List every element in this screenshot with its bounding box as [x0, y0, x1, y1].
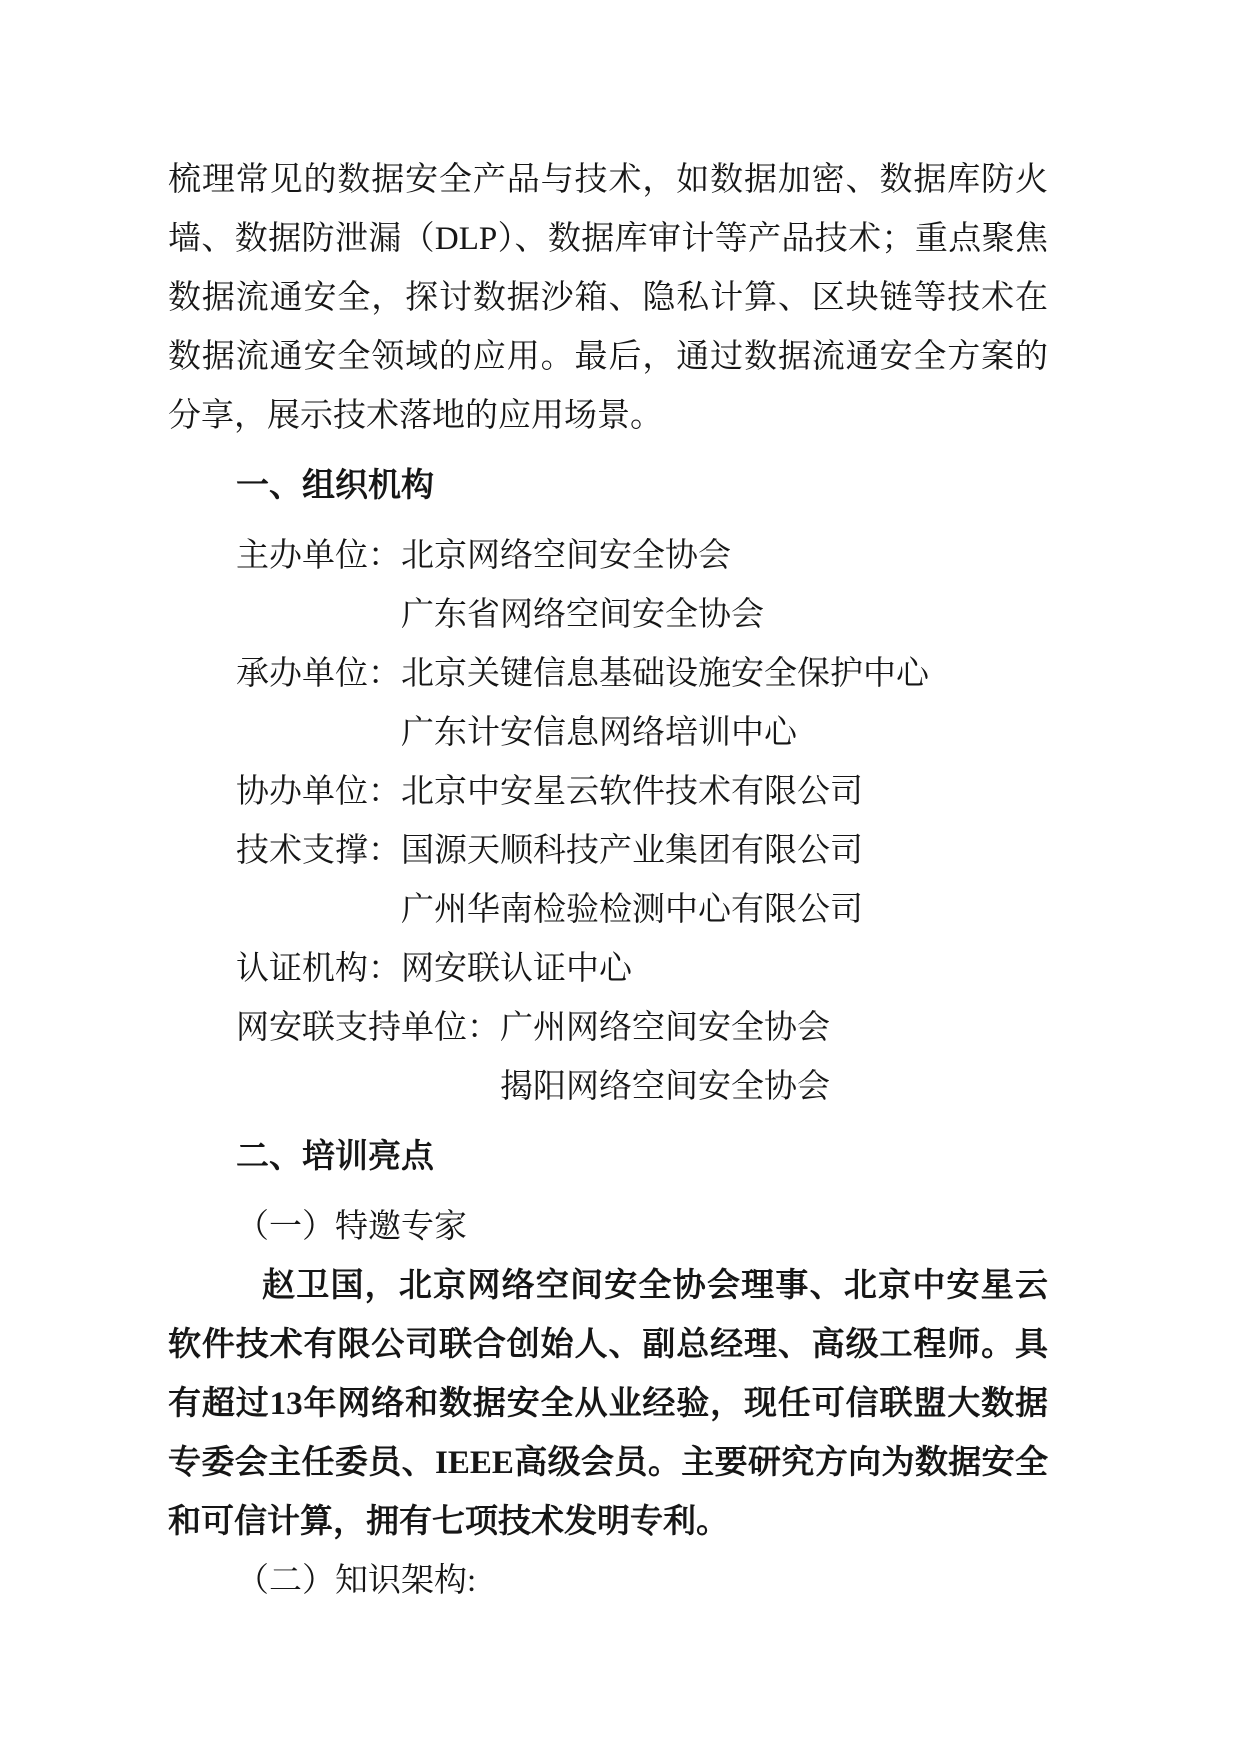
expert-bio-line: 有超过13年网络和数据安全从业经验，现任可信联盟大数据	[168, 1375, 1048, 1434]
section-1-heading: 一、组织机构	[168, 457, 1048, 516]
text-line: 数据流通安全，探讨数据沙箱、隐私计算、区块链等技术在	[168, 269, 1048, 328]
org-line-tech-support-2: 广州华南检验检测中心有限公司	[168, 881, 1048, 940]
org-line-certification: 认证机构：网安联认证中心	[168, 940, 1048, 999]
text-line: 墙、数据防泄漏（DLP）、数据库审计等产品技术；重点聚焦	[168, 210, 1048, 269]
section-2-heading: 二、培训亮点	[168, 1128, 1048, 1187]
expert-bio-line: 赵卫国，北京网络空间安全协会理事、北京中安星云	[168, 1257, 1048, 1316]
subsection-heading-knowledge: （二）知识架构:	[168, 1552, 1048, 1611]
org-line-organizer-1: 承办单位：北京关键信息基础设施安全保护中心	[168, 645, 1048, 704]
org-line-supporter-1: 网安联支持单位：广州网络空间安全协会	[168, 999, 1048, 1058]
text-line: 数据流通安全领域的应用。最后，通过数据流通安全方案的	[168, 328, 1048, 387]
org-line-host-1: 主办单位：北京网络空间安全协会	[168, 527, 1048, 586]
expert-bio-line: 专委会主任委员、IEEE高级会员。主要研究方向为数据安全	[168, 1434, 1048, 1493]
org-line-organizer-2: 广东计安信息网络培训中心	[168, 704, 1048, 763]
document-page: 梳理常见的数据安全产品与技术，如数据加密、数据库防火 墙、数据防泄漏（DLP）、…	[0, 0, 1240, 1754]
org-line-host-2: 广东省网络空间安全协会	[168, 586, 1048, 645]
expert-bio-line: 软件技术有限公司联合创始人、副总经理、高级工程师。具	[168, 1316, 1048, 1375]
subsection-heading-expert: （一）特邀专家	[168, 1198, 1048, 1257]
org-line-supporter-2: 揭阳网络空间安全协会	[168, 1058, 1048, 1117]
expert-bio-line: 和可信计算，拥有七项技术发明专利。	[168, 1493, 1048, 1552]
org-line-coorganizer: 协办单位：北京中安星云软件技术有限公司	[168, 763, 1048, 822]
org-line-tech-support-1: 技术支撑：国源天顺科技产业集团有限公司	[168, 822, 1048, 881]
text-line: 梳理常见的数据安全产品与技术，如数据加密、数据库防火	[168, 151, 1048, 210]
text-line: 分享，展示技术落地的应用场景。	[168, 387, 1048, 446]
